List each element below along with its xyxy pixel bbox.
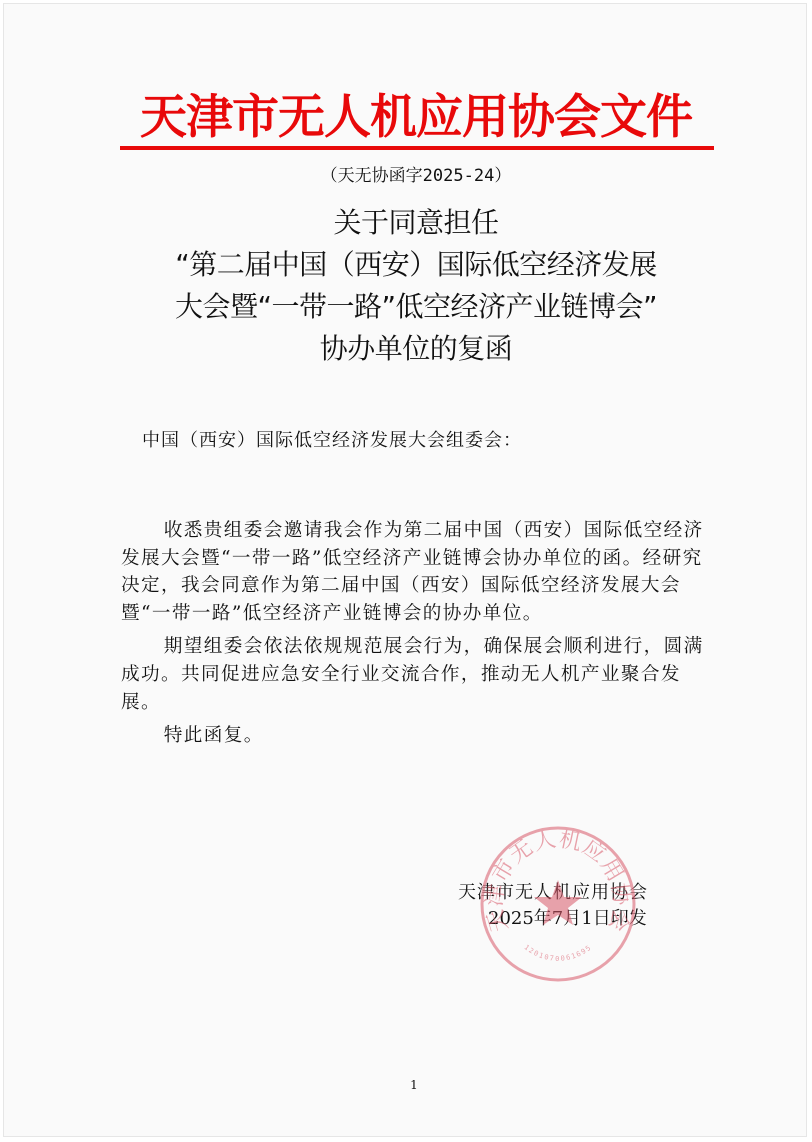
- svg-text:1201070061695: 1201070061695: [523, 943, 594, 962]
- subject-line: 协办单位的复函: [104, 328, 728, 370]
- document-number: （天无协函字2025-24）: [116, 164, 716, 188]
- document-subject: 关于同意担任 “第二届中国（西安）国际低空经济发展 大会暨“一带一路”低空经济产…: [104, 202, 728, 370]
- document-page: 天津市无人机应用协会文件 （天无协函字2025-24） 关于同意担任 “第二届中…: [3, 3, 807, 1137]
- document-header-title: 天津市无人机应用协会文件: [116, 88, 716, 148]
- body-paragraph: 特此函复。: [121, 722, 711, 750]
- subject-line: “第二届中国（西安）国际低空经济发展: [104, 244, 728, 286]
- signature-organization: 天津市无人机应用协会: [458, 880, 688, 906]
- body-paragraph: 收悉贵组委会邀请我会作为第二届中国（西安）国际低空经济发展大会暨“一带一路”低空…: [121, 517, 711, 627]
- body-text: 收悉贵组委会邀请我会作为第二届中国（西安）国际低空经济发展大会暨“一带一路”低空…: [121, 517, 711, 750]
- subject-line: 大会暨“一带一路”低空经济产业链博会”: [104, 286, 728, 328]
- signature-date: 2025年7月1日印发: [458, 906, 688, 932]
- seal-serial: 1201070061695: [523, 943, 594, 962]
- body-paragraph: 期望组委会依法依规规范展会行为，确保展会顺利进行，圆满成功。共同促进应急安全行业…: [121, 633, 711, 716]
- page-number: 1: [404, 1078, 424, 1092]
- salutation: 中国（西安）国际低空经济发展大会组委会：: [142, 428, 522, 454]
- signature-block: 天津市无人机应用协会 2025年7月1日印发: [458, 880, 688, 932]
- subject-line: 关于同意担任: [104, 202, 728, 244]
- header-red-rule: [120, 146, 714, 150]
